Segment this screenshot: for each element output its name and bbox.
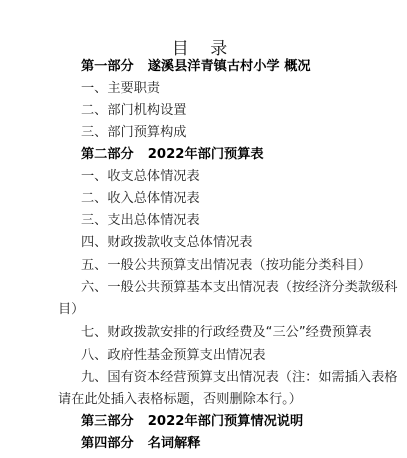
section-heading: 2022年部门预算表: [148, 147, 264, 162]
toc-section-1[interactable]: 第一部分遂溪县洋青镇古村小学 概况: [81, 59, 311, 75]
toc-item[interactable]: 三、部门预算构成: [81, 125, 187, 141]
section-part-label: 第一部分: [81, 59, 134, 74]
toc-section-3[interactable]: 第三部分2022年部门预算情况说明: [81, 414, 303, 430]
toc-item[interactable]: 五、一般公共预算支出情况表（按功能分类科目）: [81, 258, 371, 274]
toc-item-continuation[interactable]: 目）: [58, 302, 84, 318]
section-heading: 2022年部门预算情况说明: [148, 414, 303, 429]
section-heading: 遂溪县洋青镇古村小学 概况: [148, 59, 311, 74]
toc-item[interactable]: 四、财政拨款收支总体情况表: [81, 235, 252, 251]
section-part-label: 第四部分: [81, 436, 134, 451]
toc-item[interactable]: 六、一般公共预算基本支出情况表（按经济分类款级科: [81, 280, 398, 296]
toc-section-2[interactable]: 第二部分2022年部门预算表: [81, 147, 264, 163]
toc-item[interactable]: 三、支出总体情况表: [81, 213, 200, 229]
toc-title: 目 录: [0, 34, 407, 59]
toc-item[interactable]: 二、部门机构设置: [81, 103, 187, 119]
toc-section-4[interactable]: 第四部分名词解释: [81, 436, 201, 452]
section-part-label: 第二部分: [81, 147, 134, 162]
toc-item[interactable]: 七、财政拨款安排的行政经费及“三公”经费预算表: [81, 325, 372, 341]
section-heading: 名词解释: [148, 436, 201, 451]
toc-item[interactable]: 一、主要职责: [81, 81, 160, 97]
section-part-label: 第三部分: [81, 414, 134, 429]
toc-item[interactable]: 九、国有资本经营预算支出情况表（注：如需插入表格: [81, 370, 398, 386]
toc-item[interactable]: 二、收入总体情况表: [81, 191, 200, 207]
toc-item[interactable]: 八、政府性基金预算支出情况表: [81, 348, 266, 364]
toc-item[interactable]: 一、收支总体情况表: [81, 169, 200, 185]
toc-item-continuation[interactable]: 请在此处插入表格标题，否则删除本行。）: [58, 392, 302, 408]
